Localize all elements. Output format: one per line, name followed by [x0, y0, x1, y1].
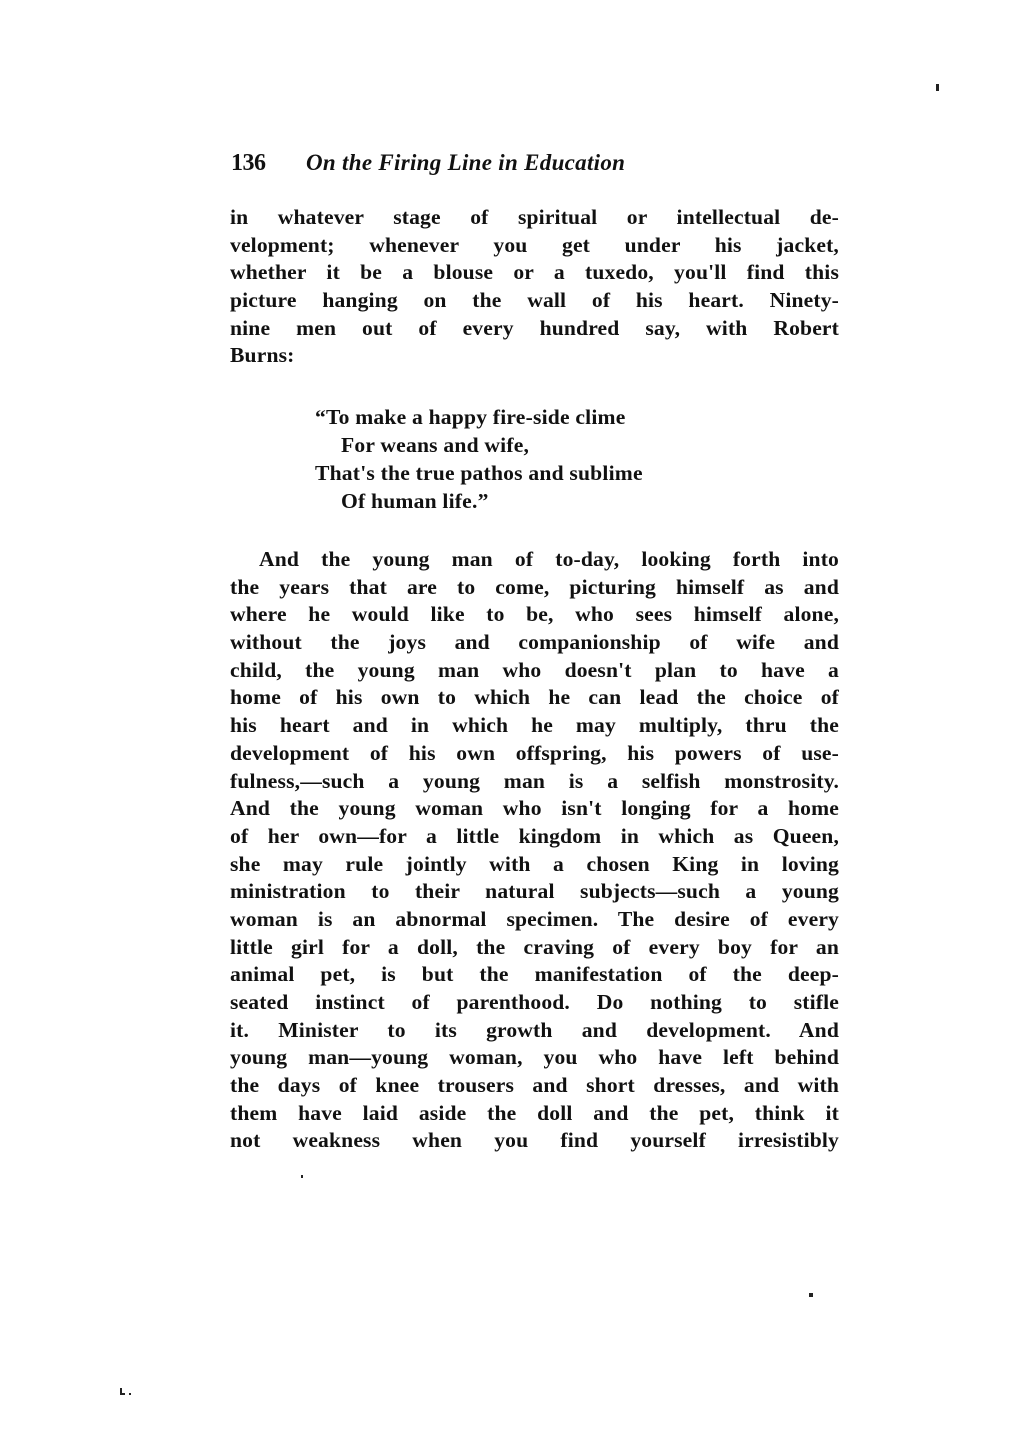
text-line: it. Minister to its growth and developme… [230, 1017, 839, 1045]
text-line: the days of knee trousers and short dres… [230, 1072, 839, 1100]
text-line: them have laid aside the doll and the pe… [230, 1100, 839, 1128]
scan-speck [301, 1175, 303, 1178]
text-line: whether it be a blouse or a tuxedo, you'… [230, 259, 839, 287]
text-line: home of his own to which he can lead the… [230, 684, 839, 712]
text-line: where he would like to be, who sees hims… [230, 601, 839, 629]
text-line: velopment; whenever you get under his ja… [230, 232, 839, 260]
text-line: woman is an abnormal specimen. The desir… [230, 906, 839, 934]
poem-quotation: “To make a happy fire-side clime For wea… [315, 403, 775, 515]
running-title: On the Firing Line in Education [306, 146, 625, 180]
text-line: development of his own offspring, his po… [230, 740, 839, 768]
text-line: And the young man of to-day, looking for… [230, 546, 839, 574]
poem-line: That's the true pathos and sublime [315, 459, 775, 487]
text-line: nine men out of every hundred say, with … [230, 315, 839, 343]
book-page: 136 On the Firing Line in Education in w… [0, 0, 1010, 1454]
text-line: young man—young woman, you who have left… [230, 1044, 839, 1072]
text-line: And the young woman who isn't longing fo… [230, 795, 839, 823]
text-line: animal pet, is but the manifestation of … [230, 961, 839, 989]
paragraph-1: in whatever stage of spiritual or intell… [230, 204, 839, 370]
page-number: 136 [231, 146, 266, 180]
text-line: picture hanging on the wall of his heart… [230, 287, 839, 315]
text-line: in whatever stage of spiritual or intell… [230, 204, 839, 232]
text-line: not weakness when you find yourself irre… [230, 1127, 839, 1155]
scan-speck [936, 84, 939, 91]
text-line: Burns: [230, 342, 839, 370]
text-line: the years that are to come, picturing hi… [230, 574, 839, 602]
scan-speck [120, 1393, 125, 1395]
text-line: child, the young man who doesn't plan to… [230, 657, 839, 685]
text-line: of her own—for a little kingdom in which… [230, 823, 839, 851]
page-header: 136 On the Firing Line in Education [231, 146, 751, 180]
scan-speck [129, 1393, 131, 1395]
poem-line: “To make a happy fire-side clime [315, 403, 775, 431]
scan-speck [809, 1293, 813, 1297]
poem-line: For weans and wife, [315, 431, 775, 459]
poem-line: Of human life.” [315, 487, 775, 515]
text-line: ministration to their natural subjects—s… [230, 878, 839, 906]
text-line: seated instinct of parenthood. Do nothin… [230, 989, 839, 1017]
text-line: she may rule jointly with a chosen King … [230, 851, 839, 879]
text-line: his heart and in which he may multiply, … [230, 712, 839, 740]
paragraph-2: And the young man of to-day, looking for… [230, 546, 839, 1155]
text-line: little girl for a doll, the craving of e… [230, 934, 839, 962]
text-line: fulness,—such a young man is a selfish m… [230, 768, 839, 796]
text-line: without the joys and companionship of wi… [230, 629, 839, 657]
